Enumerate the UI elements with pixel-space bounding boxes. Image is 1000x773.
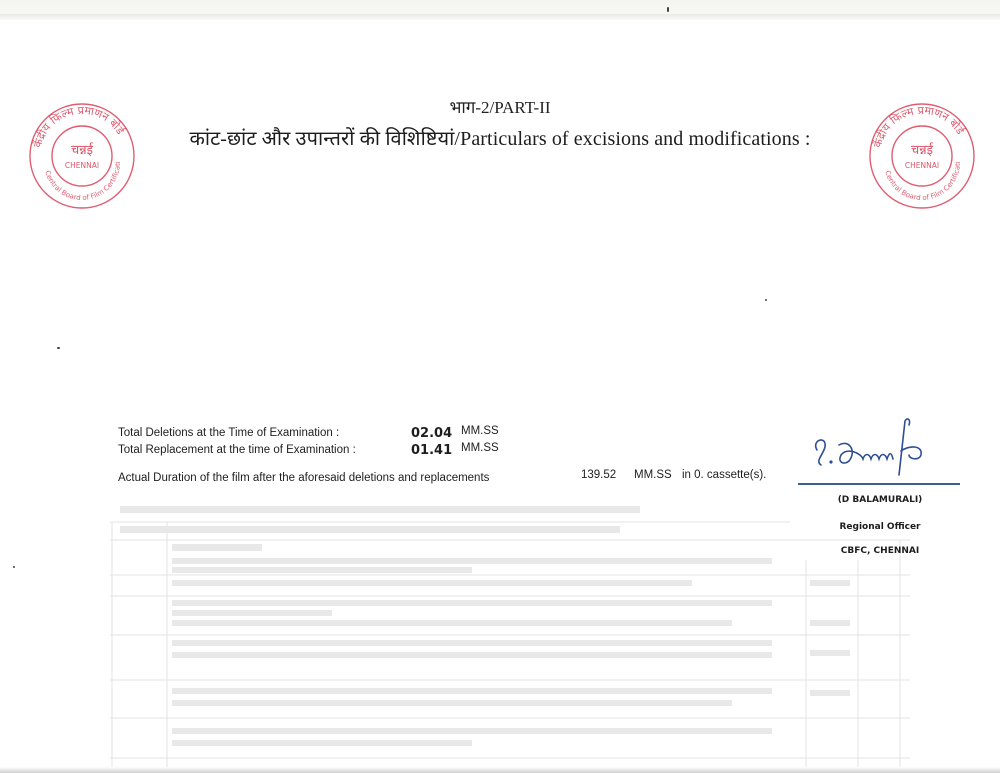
signature-icon	[805, 415, 945, 480]
duration-value: 139.52	[581, 469, 616, 481]
duration-unit: MM.SS	[634, 469, 672, 481]
deletions-label: Total Deletions at the Time of Examinati…	[118, 427, 339, 439]
section-heading: कांट-छांट और उपान्तरों की विशिष्टियां/Pa…	[0, 124, 1000, 151]
svg-text:CHENNAI: CHENNAI	[905, 161, 939, 170]
duration-suffix: in 0. cassette(s).	[682, 469, 766, 481]
cbfc-stamp-icon: केंद्रीय फिल्म प्रमाणन बोर्ड Central Boa…	[26, 100, 138, 212]
replacement-value: 01.41	[411, 443, 452, 458]
deletions-unit: MM.SS	[461, 425, 499, 437]
scan-bottom-edge	[0, 767, 1000, 773]
cbfc-stamp-icon: केंद्रीय फिल्म प्रमाणन बोर्ड Central Boa…	[866, 100, 978, 212]
part-heading: भाग-2/PART-II	[0, 95, 1000, 118]
scan-top-edge	[0, 14, 1000, 20]
svg-text:चन्नई: चन्नई	[71, 142, 94, 158]
signatory-name: (D BALAMURALI)	[790, 495, 970, 505]
document-page: भाग-2/PART-II कांट-छांट और उपान्तरों की …	[0, 0, 1000, 773]
bleed-through-table	[110, 500, 910, 773]
svg-text:CHENNAI: CHENNAI	[65, 161, 99, 170]
scan-speck	[13, 566, 15, 568]
signatory-office: CBFC, CHENNAI	[790, 546, 970, 556]
deletions-value: 02.04	[411, 426, 452, 441]
scan-speck	[765, 299, 767, 301]
replacement-unit: MM.SS	[461, 442, 499, 454]
signatory-designation: Regional Officer	[790, 522, 970, 532]
replacement-label: Total Replacement at the time of Examina…	[118, 444, 356, 456]
scan-speck	[667, 7, 669, 12]
signature-line	[798, 483, 960, 485]
svg-text:चन्नई: चन्नई	[911, 142, 934, 158]
duration-label: Actual Duration of the film after the af…	[118, 472, 489, 484]
scan-speck	[57, 347, 60, 349]
